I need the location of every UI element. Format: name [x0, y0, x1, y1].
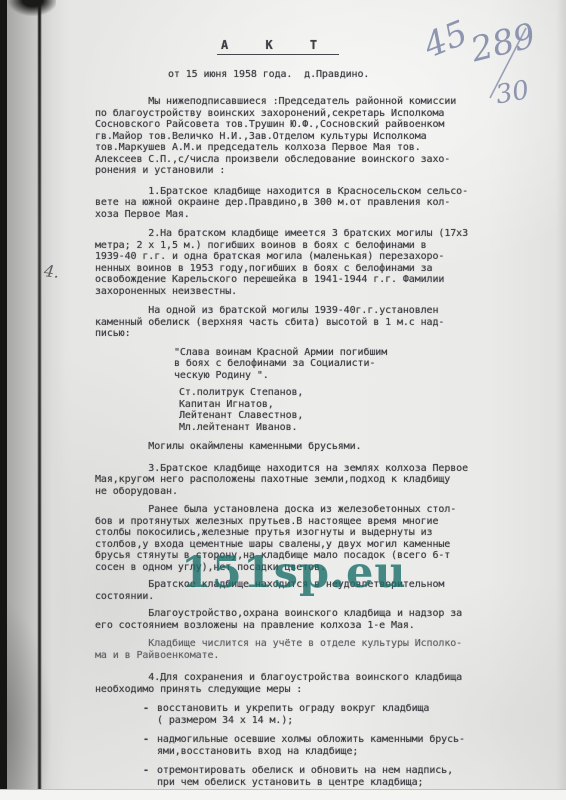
- scanned-page: А К Т от 15 июня 1958 года. д.Правдино. …: [0, 0, 566, 800]
- graves-border-line: Могилы окаймлены каменными брусьями.: [95, 441, 545, 453]
- page-corner-tear: [4, 0, 56, 26]
- list-item: - отремонтировать обелиск и обновить на …: [143, 765, 545, 788]
- measures-list: - восстановить и укрепить ограду вокруг …: [95, 703, 545, 788]
- bullet-dash: -: [143, 734, 157, 757]
- handwritten-margin-number: 4.: [43, 261, 60, 282]
- paragraph-3: 3.Братское кладбище находится на землях …: [95, 463, 545, 498]
- document-title: А К Т: [217, 40, 339, 55]
- list-item-text: отремонтировать обелиск и обновить на не…: [157, 765, 453, 788]
- list-item-text: восстановить и укрепить ограду вокруг кл…: [157, 703, 429, 726]
- paragraph-care: Благоустройство,охрана воинского кладбищ…: [95, 608, 545, 631]
- scan-edge: [0, 0, 7, 800]
- paragraph-obelisk: На одной из братской могилы 1939-40г.г.у…: [95, 305, 545, 340]
- watermark: 151sp.eu: [181, 548, 407, 598]
- paragraph-registry: Кладбище числится на учёте в отделе куль…: [95, 638, 545, 661]
- fallen-soldiers-names: Ст.политрук Степанов, Капитан Игнатов, Л…: [179, 387, 545, 433]
- scan-shadow: [0, 560, 90, 800]
- list-item-text: надмогильные осевшие холмы обложить каме…: [157, 734, 465, 757]
- paragraph-1: 1.Братское кладбище находится в Красносе…: [95, 186, 545, 221]
- list-item: - восстановить и укрепить ограду вокруг …: [143, 703, 545, 726]
- handwritten-number: 45: [418, 13, 473, 67]
- list-item: - надмогильные осевшие холмы обложить ка…: [143, 734, 545, 757]
- paragraph-4: 4.Для сохранения и благоустройства воинс…: [95, 672, 545, 695]
- page-right-shade: [556, 0, 566, 800]
- paragraph-2: 2.На братском кладбище имеется 3 братски…: [95, 228, 545, 297]
- handwritten-number: 289: [466, 16, 540, 71]
- handwritten-annotation: 45 289 30: [418, 2, 564, 114]
- bullet-dash: -: [143, 765, 157, 788]
- handwritten-number: 30: [494, 75, 532, 110]
- obelisk-inscription-quote: "Слава воинам Красной Армии погибшим в б…: [174, 347, 545, 382]
- bullet-dash: -: [143, 703, 157, 726]
- document-body: А К Т от 15 июня 1958 года. д.Правдино. …: [95, 0, 545, 796]
